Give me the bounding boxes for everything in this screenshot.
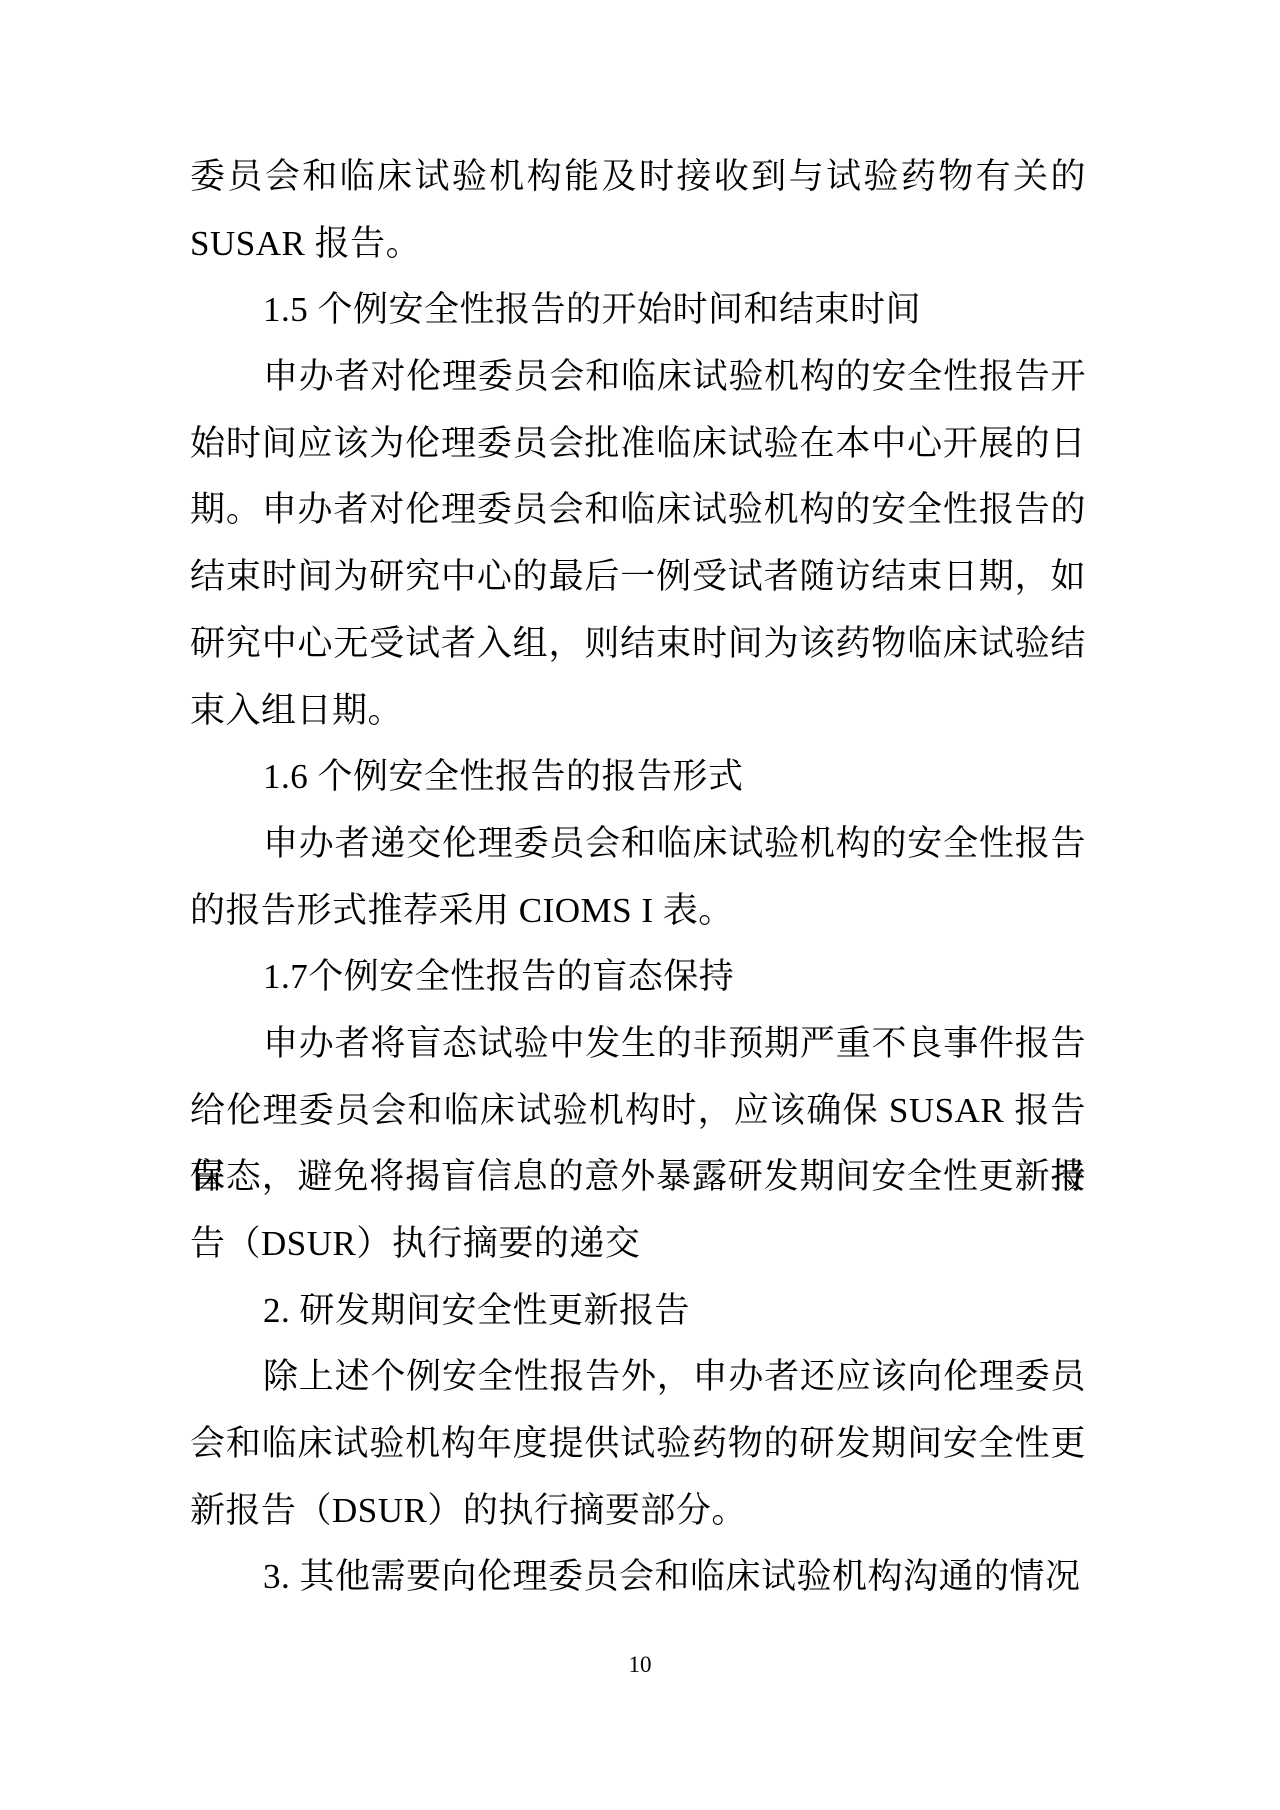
text-line: 申办者将盲态试验中发生的非预期严重不良事件报告 <box>190 1011 1086 1078</box>
text-line: 给伦理委员会和临床试验机构时，应该确保 SUSAR 报告保持 <box>190 1078 1086 1145</box>
text-line: 1.5 个例安全性报告的开始时间和结束时间 <box>190 277 1086 344</box>
document-body: 委员会和临床试验机构能及时接收到与试验药物有关的SUSAR 报告。1.5 个例安… <box>190 144 1086 1611</box>
page-number: 10 <box>0 1650 1280 1680</box>
text-line: SUSAR 报告。 <box>190 211 1086 278</box>
text-line: 2. 研发期间安全性更新报告 <box>190 1278 1086 1345</box>
text-line: 的报告形式推荐采用 CIOMS I 表。 <box>190 878 1086 945</box>
text-line: 3. 其他需要向伦理委员会和临床试验机构沟通的情况 <box>190 1544 1086 1611</box>
text-line: 委员会和临床试验机构能及时接收到与试验药物有关的 <box>190 144 1086 211</box>
text-line: 申办者对伦理委员会和临床试验机构的安全性报告开 <box>190 344 1086 411</box>
text-line: 1.6 个例安全性报告的报告形式 <box>190 744 1086 811</box>
text-line: 结束时间为研究中心的最后一例受试者随访结束日期，如 <box>190 544 1086 611</box>
text-line: 会和临床试验机构年度提供试验药物的研发期间安全性更 <box>190 1411 1086 1478</box>
text-line: 束入组日期。 <box>190 678 1086 745</box>
text-line: 除上述个例安全性报告外，申办者还应该向伦理委员 <box>190 1344 1086 1411</box>
text-line: 新报告（DSUR）的执行摘要部分。 <box>190 1478 1086 1545</box>
text-line: 期。申办者对伦理委员会和临床试验机构的安全性报告的 <box>190 477 1086 544</box>
text-line: 告（DSUR）执行摘要的递交 <box>190 1211 1086 1278</box>
document-page: 委员会和临床试验机构能及时接收到与试验药物有关的SUSAR 报告。1.5 个例安… <box>0 0 1280 1810</box>
text-line: 盲态，避免将揭盲信息的意外暴露研发期间安全性更新报 <box>190 1144 1086 1211</box>
text-line: 研究中心无受试者入组，则结束时间为该药物临床试验结 <box>190 611 1086 678</box>
text-line: 申办者递交伦理委员会和临床试验机构的安全性报告 <box>190 811 1086 878</box>
text-line: 始时间应该为伦理委员会批准临床试验在本中心开展的日 <box>190 411 1086 478</box>
text-line: 1.7个例安全性报告的盲态保持 <box>190 944 1086 1011</box>
